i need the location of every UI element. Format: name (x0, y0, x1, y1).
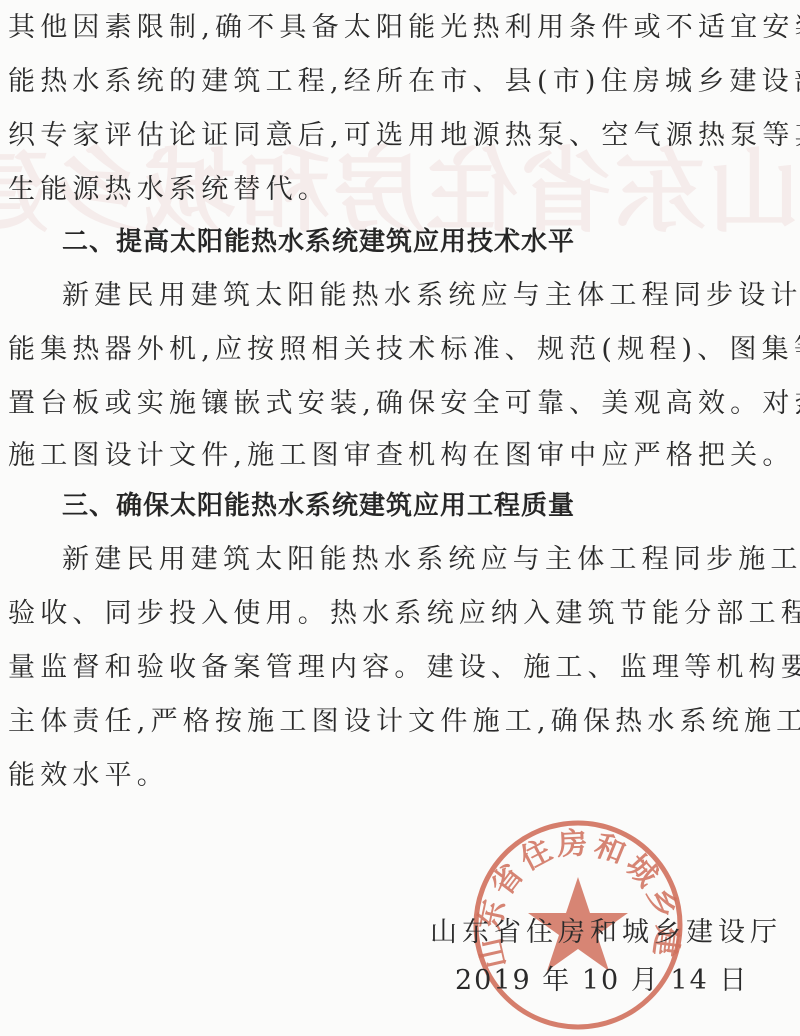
paragraph-2-line: 新建民用建筑太阳能热水系统应与主体工程同步设计。太阳 (62, 276, 792, 316)
issuing-organization: 山东省住房和城乡建设厅 (430, 910, 782, 949)
paragraph-3-line: 验收、同步投入使用。热水系统应纳入建筑节能分部工程,列为质 (8, 594, 792, 634)
paragraph-1-line: 织专家评估论证同意后,可选用地源热泵、空气源热泵等其他可再 (8, 116, 792, 156)
paragraph-3-line: 量监督和验收备案管理内容。建设、施工、监理等机构要切实落实 (8, 648, 792, 688)
paragraph-2-line: 能集热器外机,应按照相关技术标准、规范(规程)、图集等要求设 (8, 330, 792, 370)
paragraph-1-line: 其他因素限制,确不具备太阳能光热利用条件或不适宜安装太阳 (8, 8, 792, 48)
issue-date: 2019 年 10 月 14 日 (455, 958, 748, 997)
section-heading-3: 三、确保太阳能热水系统建筑应用工程质量 (62, 486, 575, 526)
section-heading-2: 二、提高太阳能热水系统建筑应用技术水平 (62, 222, 575, 262)
paragraph-2-line: 施工图设计文件,施工图审查机构在图审中应严格把关。 (8, 436, 792, 476)
paragraph-3-line: 能效水平。 (8, 756, 792, 796)
paragraph-2-line: 置台板或实施镶嵌式安装,确保安全可靠、美观高效。对热水系统 (8, 384, 792, 424)
paragraph-3-line: 新建民用建筑太阳能热水系统应与主体工程同步施工、同步 (62, 540, 792, 580)
document-page: 山东省住房和城乡建设厅 其他因素限制,确不具备太阳能光热利用条件或不适宜安装太阳… (0, 0, 800, 1036)
paragraph-1-line: 能热水系统的建筑工程,经所在市、县(市)住房城乡建设部门组 (8, 62, 792, 102)
paragraph-3-line: 主体责任,严格按施工图设计文件施工,确保热水系统施工质量和 (8, 702, 792, 742)
paragraph-1-line: 生能源热水系统替代。 (8, 170, 792, 210)
